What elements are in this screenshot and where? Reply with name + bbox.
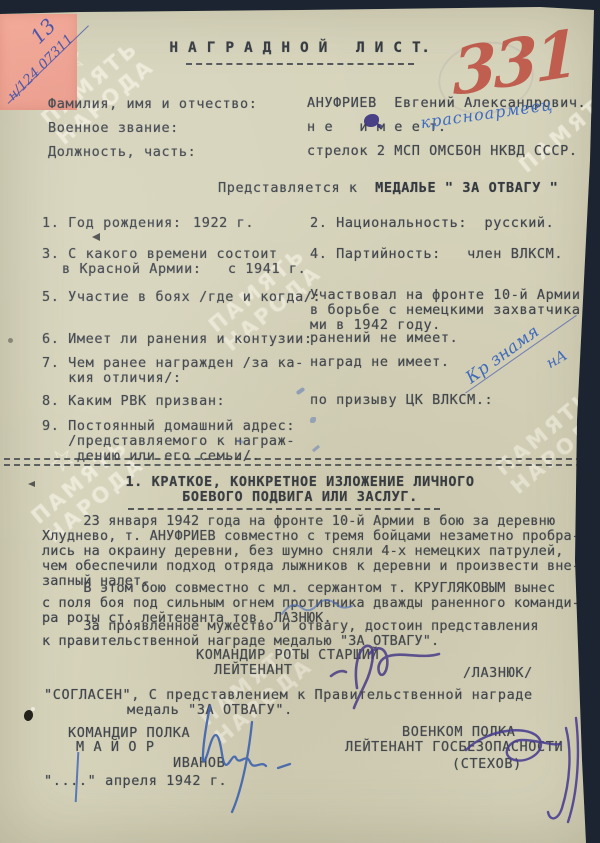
item-drafted-value: по призыву ЦК ВЛКСМ.: [310, 393, 485, 408]
ink-blot: [377, 124, 382, 128]
award-line: Представляется к МЕДАЛЬЕ " ЗА ОТВАГУ ": [218, 181, 558, 196]
scanned-document: ☆ ПАМЯТЬ НАРОДА ПАМЯТЬ НАРОДА ☆ ПАМЯТЬ Н…: [0, 0, 600, 843]
field-name-label: Фамилия, имя и отчество:: [48, 97, 257, 112]
award-note-handwriting: нА: [543, 346, 570, 372]
ivanov-signature: [178, 694, 328, 819]
ink-speck: [8, 338, 13, 343]
item-party: 4. Партийность: член ВЛКСМ.: [310, 247, 563, 262]
ink-smudge: [296, 387, 306, 395]
item-wounds-value: ранений не имеет.: [310, 331, 458, 346]
pencil-scribble: [278, 596, 358, 622]
citation-paragraph: 23 января 1942 года на фронте 10-й Армии…: [42, 514, 590, 589]
ink-speck: [28, 481, 35, 487]
item-wounds-label: 6. Имеет ли ранения и контузии:: [42, 332, 313, 347]
section-heading: 1. КРАТКОЕ, КОНКРЕТНОЕ ИЗЛОЖЕНИЕ ЛИЧНОГО: [0, 475, 600, 490]
item-combat-value: Участвовал на фронте 10-й Армии в борьбе…: [310, 288, 589, 333]
stekhov-signature: [448, 710, 598, 830]
section-heading: БОЕВОГО ПОДВИГА ИЛИ ЗАСЛУГ.: [0, 490, 600, 505]
section-underline: [128, 508, 440, 510]
item-drafted-label: 8. Каким РВК призван:: [42, 394, 225, 409]
ink-speck: [92, 233, 100, 241]
item-service-since-label: 3. С какого времени состоит: [42, 247, 278, 262]
date-line: "...." апреля 1942 г.: [44, 774, 227, 789]
company-commander-name: /ЛАЗНЮК/: [463, 666, 533, 681]
paper-chip: [31, 707, 35, 711]
page-title: Н А Г Р А Д Н О Й Л И С Т.: [0, 41, 600, 56]
award-name: МЕДАЛЬЕ " ЗА ОТВАГУ ": [375, 180, 558, 196]
item-birth-year-label: 1. Год рождения:: [42, 216, 182, 231]
item-combat-label: 5. Участие в боях /где и когда/:: [42, 290, 321, 305]
item-birth-year-value: 1922 г.: [193, 216, 254, 231]
item-service-since-value: в Красной Армии: с 1941 г.: [62, 262, 306, 277]
separator-line: [4, 458, 592, 466]
item-nationality: 2. Национальность: русский.: [310, 216, 554, 231]
item-prior-awards-label: 7. Чем ранее награжден /за ка- кия отлич…: [42, 356, 304, 386]
field-unit-label: Должность, часть:: [48, 145, 196, 160]
paper-sheet: ☆ ПАМЯТЬ НАРОДА ПАМЯТЬ НАРОДА ☆ ПАМЯТЬ Н…: [0, 0, 600, 843]
citation-paragraph: За проявленное мужество и отвагу, достои…: [42, 619, 590, 649]
title-underline: [186, 63, 414, 65]
field-unit-value: стрелок 2 МСП ОМСБОН НКВД СССР.: [307, 144, 578, 159]
regiment-commander-rank: М А Й О Р: [76, 740, 155, 755]
ink-smudge: [310, 417, 316, 423]
field-rank-label: Военное звание:: [48, 121, 179, 136]
ink-smudge: [312, 445, 320, 452]
item-prior-awards-value: наград не имеет.: [310, 355, 450, 370]
company-commander-rank: ЛЕЙТЕНАНТ: [214, 663, 293, 678]
